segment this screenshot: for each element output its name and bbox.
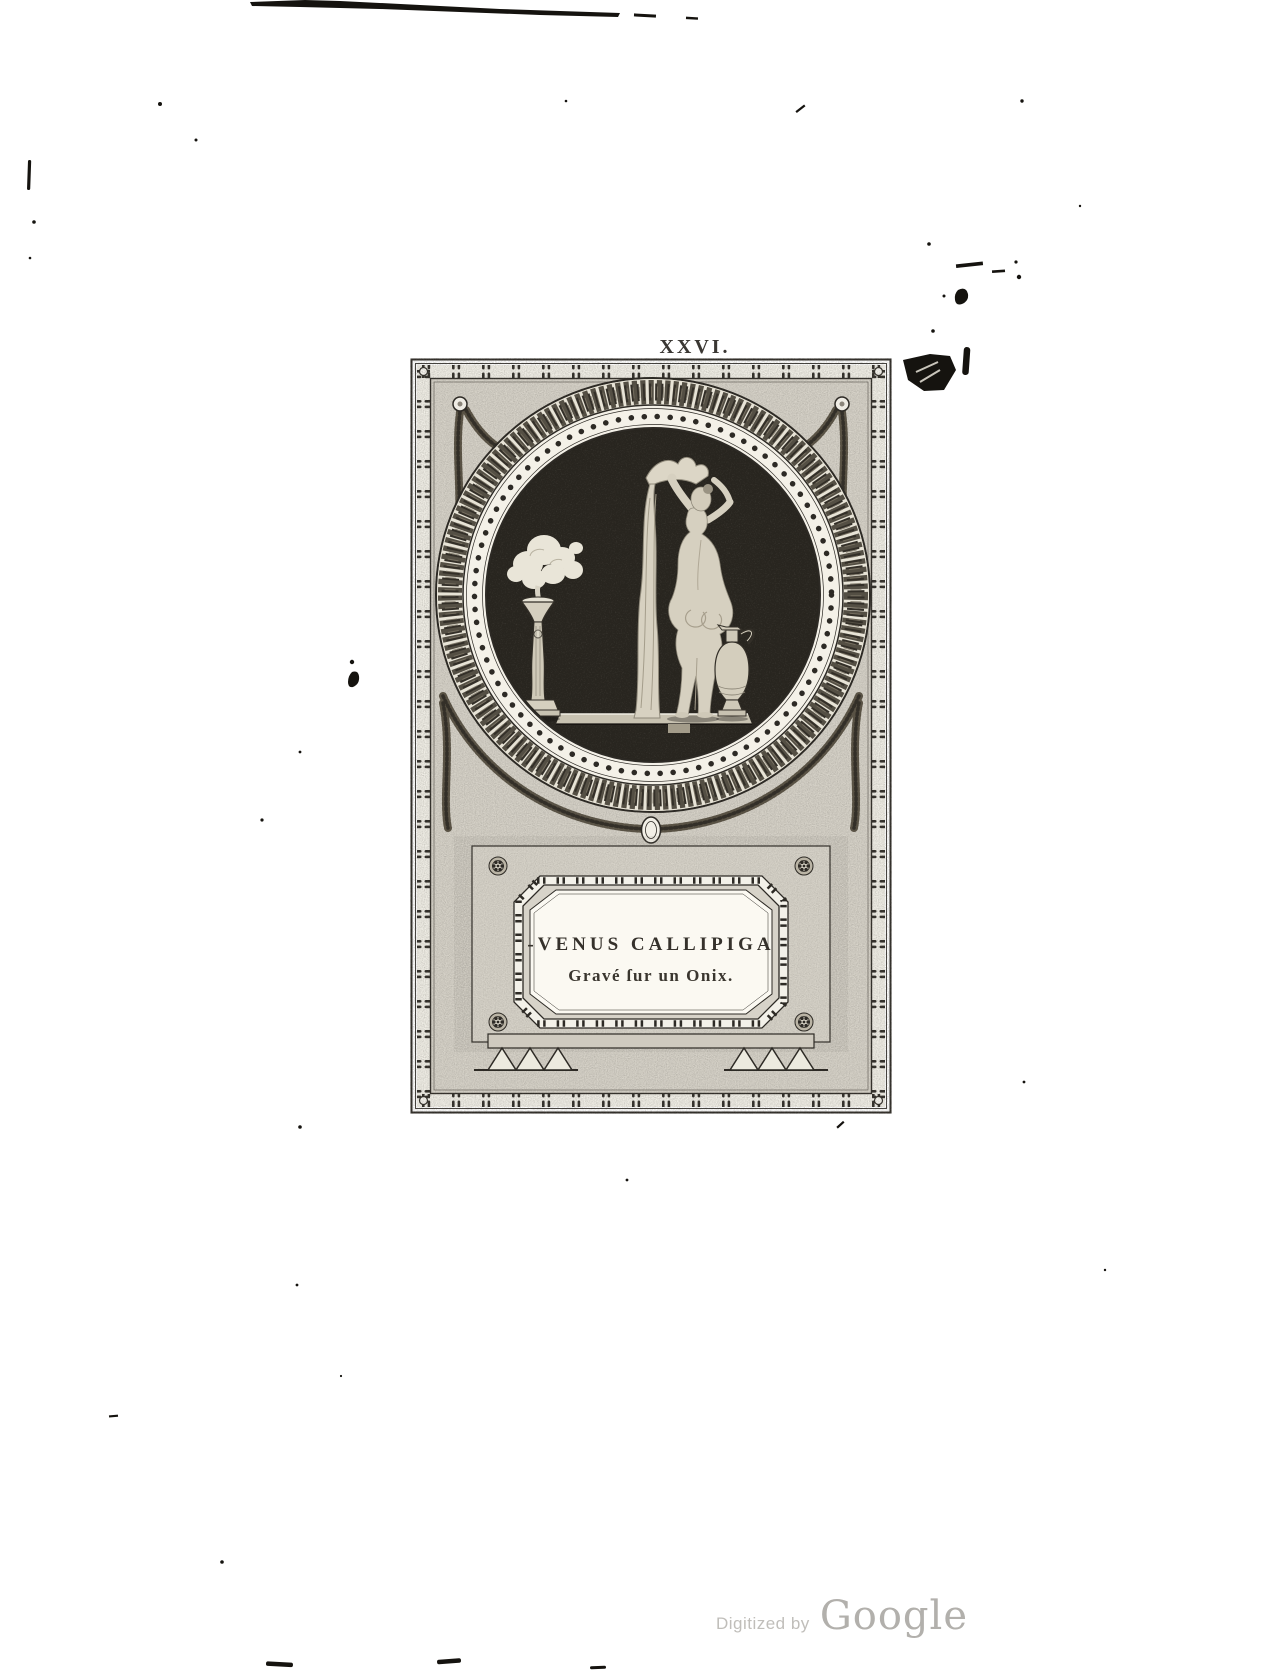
label-cartouche (472, 846, 830, 1070)
plate-number: XXVI. (595, 336, 795, 359)
rosette-ornament (795, 1013, 813, 1031)
plate-artwork (410, 358, 892, 1114)
rosette-ornament (489, 857, 507, 875)
engraving-plate (410, 358, 892, 1114)
plinth-bar (488, 1034, 814, 1048)
google-logo: Google (820, 1596, 968, 1636)
rosette-ornament (795, 857, 813, 875)
caption-subtitle: Gravé ſur un Onix. (480, 966, 822, 986)
scanned-book-page: XXVI. -VENUS CALLIPIGA Gravé ſur un Onix… (0, 0, 1280, 1672)
rosette-ornament (489, 1013, 507, 1031)
oval-ornament (642, 817, 661, 843)
digitized-by-google-watermark: Digitized by Google (716, 1596, 968, 1636)
caption-title: -VENUS CALLIPIGA (480, 934, 822, 956)
watermark-prefix: Digitized by (716, 1614, 810, 1634)
